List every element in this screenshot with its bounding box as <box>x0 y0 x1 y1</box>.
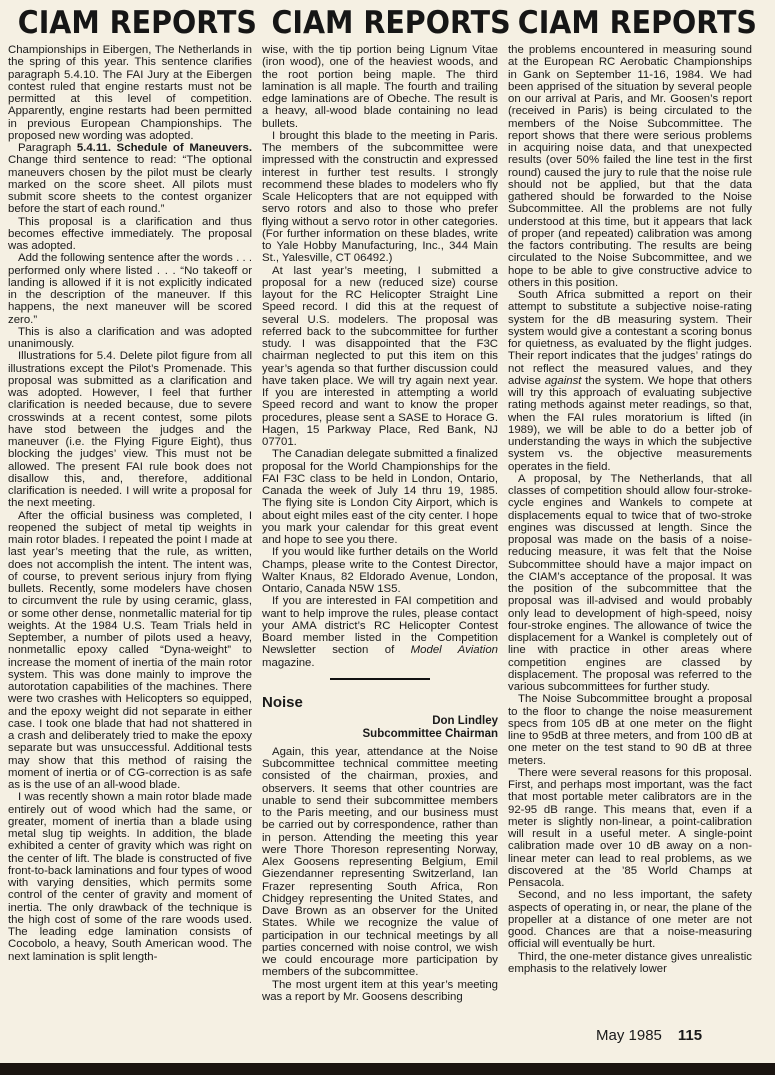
section-text: Again, this year, attendance at the Nois… <box>262 746 498 1003</box>
paragraph: Championships in Eibergen, The Netherlan… <box>8 44 252 142</box>
column-header: CIAM REPORTS <box>271 0 488 44</box>
paragraph: I was recently shown a main rotor blade … <box>8 791 252 963</box>
column-3: CIAM REPORTS the problems encountered in… <box>508 0 752 975</box>
column-1: CIAM REPORTS Championships in Eibergen, … <box>8 0 252 963</box>
byline: Don Lindley Subcommittee Chairman <box>262 715 498 741</box>
paragraph: Add the following sentence after the wor… <box>8 252 252 326</box>
column-text: Championships in Eibergen, The Netherlan… <box>8 44 252 963</box>
paragraph: Paragraph 5.4.11. Schedule of Maneuvers.… <box>8 142 252 216</box>
paragraph: There were several reasons for this prop… <box>508 767 752 890</box>
author-name: Don Lindley <box>262 715 498 728</box>
paragraph: the problems encountered in measuring so… <box>508 44 752 289</box>
column-text: the problems encountered in measuring so… <box>508 44 752 975</box>
paragraph: I brought this blade to the meeting in P… <box>262 130 498 265</box>
section-divider <box>330 678 430 680</box>
column-text: wise, with the tip portion being Lignum … <box>262 44 498 669</box>
paragraph: Again, this year, attendance at the Nois… <box>262 746 498 979</box>
paragraph: At last year’s meeting, I submitted a pr… <box>262 265 498 449</box>
paragraph: The most urgent item at this year’s meet… <box>262 979 498 1004</box>
paragraph: Second, and no less important, the safet… <box>508 889 752 950</box>
paragraph: If you would like further details on the… <box>262 546 498 595</box>
paragraph: Illustrations for 5.4. Delete pilot figu… <box>8 350 252 509</box>
column-2: CIAM REPORTS wise, with the tip portion … <box>262 0 498 1003</box>
paragraph: The Canadian delegate submitted a finali… <box>262 448 498 546</box>
page-footer: May 1985115 <box>596 1027 766 1044</box>
paragraph: The Noise Subcommittee brought a proposa… <box>508 693 752 767</box>
paragraph: This is also a clarification and was ado… <box>8 326 252 351</box>
paragraph: wise, with the tip portion being Lignum … <box>262 44 498 130</box>
magazine-page: CIAM REPORTS Championships in Eibergen, … <box>0 0 775 1063</box>
issue-date: May 1985 <box>596 1027 662 1044</box>
page-bottom-edge <box>0 1063 775 1075</box>
section-title-noise: Noise <box>262 694 498 711</box>
author-role: Subcommittee Chairman <box>262 728 498 741</box>
paragraph: Third, the one-meter distance gives unre… <box>508 951 752 976</box>
paragraph: If you are interested in FAI competition… <box>262 595 498 669</box>
paragraph: South Africa submitted a report on their… <box>508 289 752 473</box>
paragraph: A proposal, by The Netherlands, that all… <box>508 473 752 694</box>
paragraph: This proposal is a clarification and thu… <box>8 216 252 253</box>
page-number: 115 <box>678 1027 702 1044</box>
paragraph: After the official business was complete… <box>8 510 252 792</box>
column-header: CIAM REPORTS <box>518 0 742 44</box>
column-header: CIAM REPORTS <box>18 0 242 44</box>
